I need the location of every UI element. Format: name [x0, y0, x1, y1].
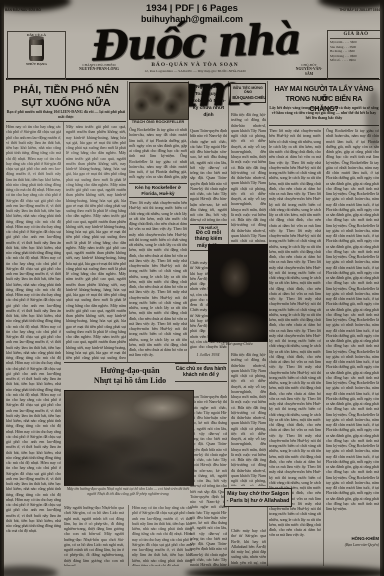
- headline-box-maybay: Máy bay chở thơ Saigon - Paris bị hư ở A…: [224, 488, 292, 507]
- body-text-column: Ông Rockefeller là tay giàu có nhứt hoàn…: [129, 127, 187, 181]
- section-rule: [129, 197, 187, 198]
- viewer-meta-line: 1934 | PDF | 6 Pages: [0, 3, 384, 14]
- column-rule: [63, 122, 64, 360]
- advertisement-box: DẦU CÙ-LÀ NHỨT HẠNG: [7, 31, 66, 80]
- tin-can-icon: [29, 38, 44, 61]
- signature-note: (Bạn Lam-văn-Quyên): [326, 543, 379, 548]
- director-block: CHÁNH CHỦ-NHIỆM NGUYỄN-PHAN-LONG: [64, 63, 134, 72]
- headline-rent-line2: SỤT XUỐNG NỮA: [6, 97, 126, 110]
- kicker-chieu: BỮA TIỆC MỪNG ÔNG: [231, 86, 265, 95]
- body-text-column: Hôm nay có tin cho hay rằng các chủ phố …: [132, 505, 192, 566]
- headline-rent-line1: PHẢI, TIỀN PHỐ NÊN: [6, 84, 126, 97]
- photo-caption-rockefeller: TRÁCH ÔNG ROCKEFELLER: [129, 120, 187, 125]
- body-text-column: Mấy năm trước giá phố cao quá, người mướ…: [66, 124, 126, 360]
- deck-gold: Lấy hết được vàng trong nước biển ra thì…: [269, 106, 379, 123]
- date-note: 1 Juillet 1934: [186, 353, 230, 358]
- newspaper-scan-page: 1934 | PDF | 6 Pages buihuyhanh@gmail.co…: [0, 0, 384, 576]
- section-rule: [64, 362, 196, 363]
- body-text-column: Theo lời mấy nhà chuyên-môn bên Huê-kỳ n…: [129, 200, 187, 360]
- body-text-column: Ông Rockefeller là tay giàu có nhứt hoàn…: [326, 128, 379, 532]
- editor-name: NGUYỄN-VĂN-SÂM: [292, 67, 326, 76]
- scan-edge-left: [0, 0, 4, 576]
- column-rule: [323, 128, 324, 566]
- director-name: NGUYỄN-PHAN-LONG: [64, 67, 134, 71]
- editor-block: CHỦ-BÚT NGUYỄN-VĂN-SÂM: [292, 63, 326, 76]
- section-rule: [129, 183, 187, 184]
- column-rule: [188, 81, 189, 362]
- scan-edge-right: [380, 0, 384, 576]
- signature-name: HỒNG-KHÊM: [326, 536, 379, 541]
- subhead-rockefeller: Kèn họ Rockefeller ở Florida, Huê-kỳ: [129, 185, 187, 196]
- ad-text-bottom: NHỨT HẠNG: [9, 62, 64, 66]
- body-text-column: Quan Toàn-quyền định bữa nào vô Nam-kỳ t…: [190, 128, 227, 222]
- price-box-title: GIÁ BÁO: [330, 32, 382, 39]
- body-text-column: Chiếc máy bay chở thơ từ Sài-gòn qua Ba-…: [231, 528, 266, 566]
- viewer-email-line: buihuyhanh@gmail.com: [0, 14, 384, 24]
- headline-lido-line1: Hướng-đạo-quân: [64, 366, 196, 375]
- photo-lido: [64, 390, 194, 486]
- scan-smudge: [185, 566, 384, 576]
- body-text-column: Bữa tiệc đãi ông hội-trưởng có đông đủ t…: [231, 352, 266, 486]
- photo-caption-lido: Mấy tên hướng-đạo-quân Nhựt nghỉ mát tại…: [64, 487, 192, 501]
- column-rule: [128, 505, 129, 566]
- portrait-caption: Ô. Bùi-quang-Chiêu: [208, 342, 266, 347]
- headline-chieu: BÙI-QUANG-CHIÊU: [232, 95, 263, 101]
- deck-rent: Bạn ở phố mướn mỗi tháng 10đ LIỀN-ĐÁNG đ…: [6, 110, 126, 120]
- scan-smudge: [0, 566, 58, 576]
- scan-smudge: [366, 90, 382, 150]
- headline-box-chieu: BỮA TIỆC MỪNG ÔNG BÙI-QUANG-CHIÊU: [230, 83, 266, 103]
- body-text-column: Hôm nay có tin cho hay rằng các chủ phố …: [6, 124, 61, 566]
- headline-lido-line2: Nhựt tại hồ tắm Lido: [64, 376, 196, 385]
- body-text-column: Bữa tiệc đãi ông hội-trưởng có đông đủ t…: [231, 112, 266, 242]
- photo-portrait: [208, 244, 268, 342]
- price-row: Mỗi số . . . . . 0$04: [330, 58, 382, 63]
- photo-crowd: [129, 82, 189, 120]
- column-rule: [127, 81, 128, 362]
- price-box: GIÁ BÁO Một năm . . . . 5$00 Sáu tháng .…: [327, 30, 384, 80]
- body-text-column: Quan Toàn-quyền định bữa nào vô Nam-kỳ t…: [190, 394, 227, 566]
- section-rule: [269, 125, 379, 126]
- section-rule: [6, 121, 126, 122]
- body-text-column: Mấy người hướng-đạo Nhựt-bổn qua chơi Sà…: [64, 505, 124, 566]
